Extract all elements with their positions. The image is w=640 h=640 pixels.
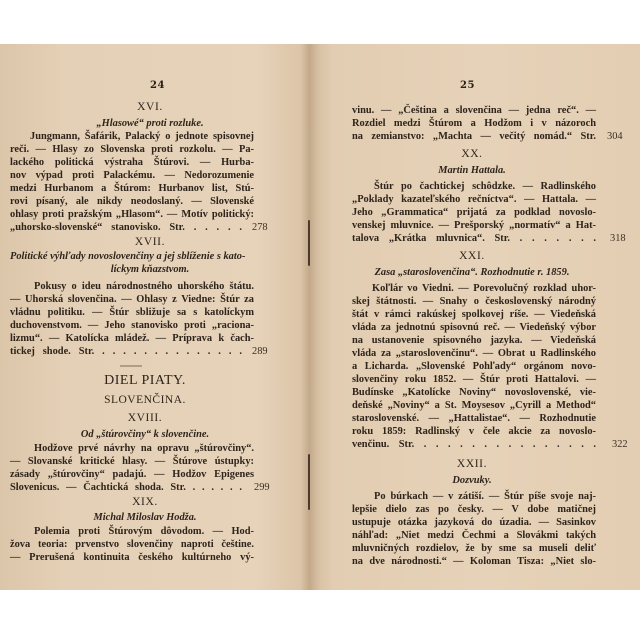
toc-line: Polemia proti Štúrovým dôvodom. — Hod- <box>34 525 254 538</box>
toc-line: medzi Hurbanom a Štúrom: Hurbanov list, … <box>10 182 254 195</box>
chapter-numeral: XX. <box>322 148 622 161</box>
toc-line: vinu. — „Čeština a slovenčina — jedna re… <box>352 104 596 117</box>
toc-line: skej štátnosti. — Snahy o československý… <box>352 295 596 308</box>
chapter-numeral: XXII. <box>322 458 622 471</box>
toc-line: Jeho „Grammatica“ prijatá za podklad nov… <box>352 206 596 219</box>
chapter-title: „Hlasowé“ proti rozluke. <box>0 117 300 130</box>
toc-line: vláda za „staroslovenčinu“. — Obrat u Ra… <box>352 347 596 360</box>
chapter-numeral: XVI. <box>0 101 300 114</box>
toc-line: „Poklady kazateľského rečníctva“. — Hatt… <box>352 193 596 206</box>
staple-top <box>308 220 310 266</box>
toc-line: mluvničných rozdielov, že by sme sa muse… <box>352 542 596 555</box>
chapter-title: Zasa „staroslovenčina“. Rozhodnutie r. 1… <box>322 266 622 279</box>
toc-line: na ustanovenie spisovného jazyka. — Vied… <box>352 334 596 347</box>
toc-line: vládnu politiku. — Štúr sbližuje sa s ka… <box>10 306 254 319</box>
toc-line: Budínske „Katolícke Noviny“ novoslovensk… <box>352 386 596 399</box>
toc-line: staroslovenské. — „Hattalistae“. — Rozho… <box>352 412 596 425</box>
toc-line: Pokusy o ideu národnostného uhorského št… <box>34 280 254 293</box>
divider <box>120 365 142 367</box>
page-reference: 289 <box>252 346 268 357</box>
toc-line: Rozdiel medzi Štúrom a Hodžom i v názoro… <box>352 117 596 130</box>
toc-line: ohlasy proti pražským „Hlasom“. — Motív … <box>10 208 254 221</box>
toc-line: slovenčiny roku 1852. — Štúr proti Hatta… <box>352 373 596 386</box>
chapter-title-cont: líckym kňazstvom. <box>0 263 300 276</box>
toc-line: Hodžove prvé návrhy na opravu „štúrovčin… <box>34 442 254 455</box>
toc-line: roku 1859: Radlinský v čele akcie za nov… <box>352 425 596 438</box>
toc-line: lepšie dielo zas po česky. — V dobe mati… <box>352 503 596 516</box>
toc-line: nov výpad proti Palackému. — Nedorozumen… <box>10 169 254 182</box>
toc-line: „uhorsko-slovenské“ stanovisko. Str. . .… <box>10 221 242 234</box>
toc-line: venčinu. Str. . . . . . . . . . . . . . … <box>352 438 596 451</box>
toc-line: deňské „Noviny“ a St. Moysesov „Cyrill a… <box>352 399 596 412</box>
toc-line: a Licharda. „Slovenské Pohľady“ orgánom … <box>352 360 596 373</box>
toc-line: Štúr po čachtickej schôdzke. — Radlinské… <box>374 180 596 193</box>
toc-line: — Uhorská slovenčina. — Ohlasy z Viedne:… <box>10 293 254 306</box>
toc-line: talova „Krátka mluvnica“. Str. . . . . .… <box>352 232 596 245</box>
toc-line: štát v rámci rakúskej spolkovej ríše. — … <box>352 308 596 321</box>
gutter <box>300 44 320 590</box>
chapter-numeral: XXI. <box>322 250 622 263</box>
page-reference: 304 <box>607 131 623 142</box>
page-reference: 318 <box>610 233 626 244</box>
part-heading: DIEL PIATY. <box>0 374 290 387</box>
page-reference: 322 <box>612 439 628 450</box>
staple-bottom <box>308 454 310 510</box>
toc-line: žova teoria: prvenstvo slovenčiny naprot… <box>10 538 254 551</box>
toc-line: vláda za jednotnú spisovnú reč. — Viedeň… <box>352 321 596 334</box>
chapter-numeral: XVII. <box>0 236 300 249</box>
toc-line: venskej mluvnice. — Prešporský „normatív… <box>352 219 596 232</box>
toc-line: lackého politická výstraha Štúrovi. — Hu… <box>10 156 254 169</box>
chapter-title: Dozvuky. <box>322 474 622 487</box>
toc-line: Koľlár vo Viedni. — Porevolučný rozklad … <box>372 282 596 295</box>
page-number: 25 <box>460 80 475 91</box>
chapter-title: Michal Miloslav Hodža. <box>0 511 290 524</box>
toc-line: duchovenstvom. — Jeho stanovisko proti „… <box>10 319 254 332</box>
toc-line: na zemianstvo: „Machta — večitý nomád.“ … <box>352 130 596 143</box>
toc-line: lizmu“. — Katolícka mládež. — Príprava k… <box>10 332 254 345</box>
toc-line: ustupuje otázka jazyková do úzadia. — Sa… <box>352 516 596 529</box>
toc-line: zásady „štúrovčiny“ padajú. — Hodžov Epi… <box>10 468 254 481</box>
toc-line: — Slovanské kritické hlasy. — Štúrove ús… <box>10 455 254 468</box>
toc-line: Jungmann, Šafárik, Palacký o jednote spi… <box>30 130 254 143</box>
chapter-title: Martin Hattala. <box>322 164 622 177</box>
toc-line: Po búrkach — v zátiší. — Štúr píše svoje… <box>374 490 596 503</box>
chapter-title: Od „štúrovčiny“ k slovenčine. <box>0 428 290 441</box>
toc-line: tickej shode. Str. . . . . . . . . . . .… <box>10 345 242 358</box>
page-number: 24 <box>150 80 165 91</box>
toc-line: reči. — Hlasy zo Slovenska proti rozkolu… <box>10 143 254 156</box>
chapter-title: Politické výhľady novoslovenčiny a jej s… <box>10 250 260 263</box>
chapter-numeral: XVIII. <box>0 412 290 425</box>
part-subheading: SLOVENČINA. <box>0 394 290 407</box>
toc-line: Slovenicus. — Čachtická shoda. Str. . . … <box>10 481 242 494</box>
toc-line: rovi písaný, ale nikdy neodoslaný. — Slo… <box>10 195 254 208</box>
toc-line: náhľad: „Niet medzi Čechmi a Slovákmi ta… <box>352 529 596 542</box>
toc-line: — Prerušená kontinuita českého kultúrneh… <box>10 551 254 564</box>
chapter-numeral: XIX. <box>0 496 290 509</box>
toc-line: na dve národnosti.“ — Koloman Tisza: „Ni… <box>352 555 596 568</box>
book-spread: 24 XVI. „Hlasowé“ proti rozluke. Jungman… <box>0 44 640 590</box>
page-reference: 299 <box>254 482 270 493</box>
page-reference: 278 <box>252 222 268 233</box>
